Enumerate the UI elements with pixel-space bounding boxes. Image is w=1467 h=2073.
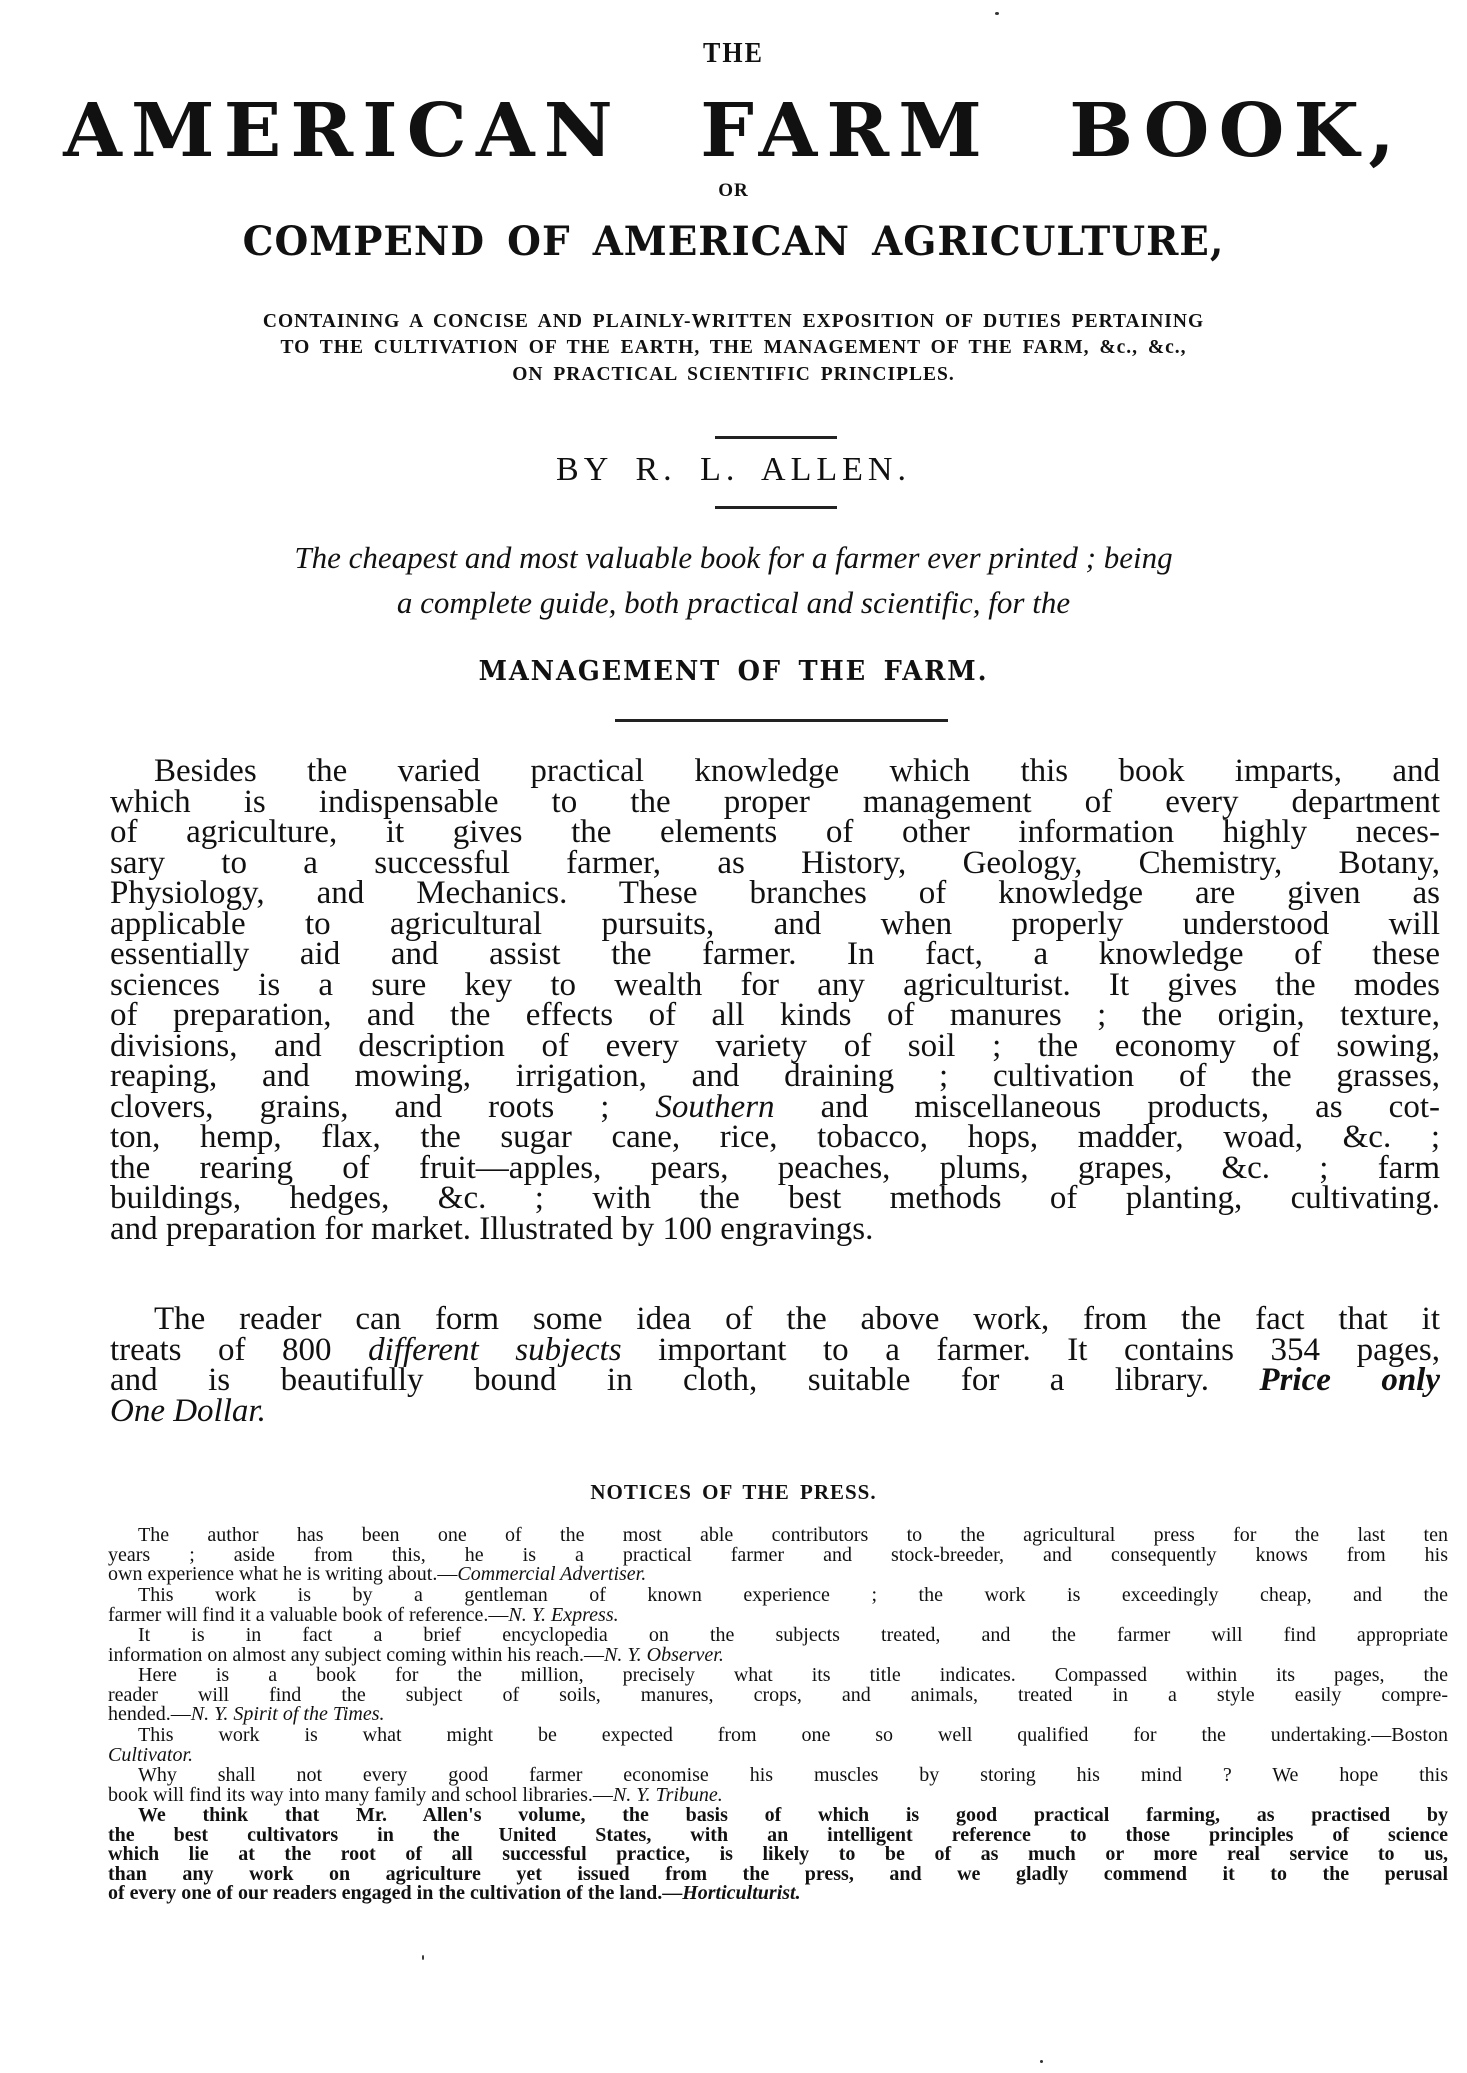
description-paragraph: Besides the varied practical knowledge w… xyxy=(110,756,1440,1244)
notice-source: N. Y. Observer. xyxy=(604,1644,724,1666)
paragraph-line: Besides the varied practical knowledge w… xyxy=(110,756,1440,787)
paragraph-line: The reader can form some idea of the abo… xyxy=(110,1304,1440,1335)
book-title: AMERICAN FARM BOOK, xyxy=(0,88,1467,174)
paragraph-line: treats of 800 different subjects importa… xyxy=(110,1335,1440,1366)
notice-line: hended.—N. Y. Spirit of the Times. xyxy=(108,1705,1448,1725)
divider-rule xyxy=(615,719,948,722)
paragraph-line: Physiology, and Mechanics. These branche… xyxy=(110,878,1440,909)
notice-source: N. Y. Express. xyxy=(508,1604,618,1626)
press-notice: Here is a book for the million, precisel… xyxy=(108,1666,1448,1725)
text-run: hended.— xyxy=(108,1703,191,1725)
scan-speck xyxy=(1040,2060,1043,2063)
book-subtitle: COMPEND OF AMERICAN AGRICULTURE, xyxy=(22,218,1445,265)
paragraph-line: sciences is a sure key to wealth for any… xyxy=(110,970,1440,1001)
author-byline: BY R. L. ALLEN. xyxy=(0,451,1467,489)
notice-source: Cultivator. xyxy=(108,1746,1448,1766)
press-notice: It is in fact a brief encyclopedia on th… xyxy=(108,1626,1448,1665)
text-run: book will find its way into many family … xyxy=(108,1784,613,1806)
text-run: farmer will find it a valuable book of r… xyxy=(108,1604,508,1626)
paragraph-line: of agriculture, it gives the elements of… xyxy=(110,817,1440,848)
notice-line: book will find its way into many family … xyxy=(108,1786,1448,1806)
notice-source: N. Y. Spirit of the Times. xyxy=(191,1703,385,1725)
press-notice: The author has been one of the most able… xyxy=(108,1526,1448,1585)
paragraph-line: and is beautifully bound in cloth, suita… xyxy=(110,1365,1440,1396)
tagline-line: The cheapest and most valuable book for … xyxy=(0,540,1467,576)
price-label: Price only xyxy=(1259,1362,1440,1398)
notice-line: This work is what might be expected from… xyxy=(108,1726,1448,1746)
paragraph-line: divisions, and description of every vari… xyxy=(110,1031,1440,1062)
paragraph-line: ton, hemp, flax, the sugar cane, rice, t… xyxy=(110,1122,1440,1153)
description-line: ON PRACTICAL SCIENTIFIC PRINCIPLES. xyxy=(0,364,1467,386)
scan-speck xyxy=(422,1955,424,1960)
notice-line: which lie at the root of all successful … xyxy=(108,1845,1448,1865)
description-line: CONTAINING A CONCISE AND PLAINLY-WRITTEN… xyxy=(0,311,1467,333)
notice-line: information on almost any subject coming… xyxy=(108,1646,1448,1666)
title-conjunction: OR xyxy=(0,180,1467,202)
paragraph-line: essentially aid and assist the farmer. I… xyxy=(110,939,1440,970)
notice-source: Commercial Advertiser. xyxy=(457,1563,646,1585)
text-run: and is beautifully bound in cloth, suita… xyxy=(110,1362,1259,1398)
press-notice: Why shall not every good farmer economis… xyxy=(108,1766,1448,1805)
notices-heading: NOTICES OF THE PRESS. xyxy=(0,1480,1467,1505)
tagline-line: a complete guide, both practical and sci… xyxy=(0,585,1467,621)
paragraph-line: clovers, grains, and roots ; Southern an… xyxy=(110,1092,1440,1123)
paragraph-line: reaping, and mowing, irrigation, and dra… xyxy=(110,1061,1440,1092)
tagline-emphasis: MANAGEMENT OF THE FARM. xyxy=(37,656,1431,687)
divider-rule xyxy=(715,506,837,509)
text-run: information on almost any subject coming… xyxy=(108,1644,604,1666)
divider-rule xyxy=(715,436,837,439)
notice-source: N. Y. Tribune. xyxy=(613,1784,723,1806)
press-notice: This work is by a gentleman of known exp… xyxy=(108,1586,1448,1625)
paragraph-line: of preparation, and the effects of all k… xyxy=(110,1000,1440,1031)
paragraph-line: applicable to agricultural pursuits, and… xyxy=(110,909,1440,940)
notice-line: The author has been one of the most able… xyxy=(108,1526,1448,1546)
scan-speck xyxy=(995,12,999,15)
press-notice: This work is what might be expected from… xyxy=(108,1726,1448,1765)
paragraph-line: and preparation for market. Illustrated … xyxy=(110,1214,1440,1245)
title-article: THE xyxy=(0,37,1467,70)
notice-line: Here is a book for the million, precisel… xyxy=(108,1666,1448,1686)
notice-source: Horticulturist. xyxy=(682,1882,800,1904)
document-page: THE AMERICAN FARM BOOK, OR COMPEND OF AM… xyxy=(0,0,1467,2073)
description-line: TO THE CULTIVATION OF THE EARTH, THE MAN… xyxy=(0,337,1467,359)
press-notice: We think that Mr. Allen's volume, the ba… xyxy=(108,1806,1448,1904)
notice-line: own experience what he is writing about.… xyxy=(108,1565,1448,1585)
price-value: One Dollar. xyxy=(110,1396,1440,1427)
text-run: own experience what he is writing about.… xyxy=(108,1563,457,1585)
paragraph-line: the rearing of fruit—apples, pears, peac… xyxy=(110,1153,1440,1184)
notice-line: farmer will find it a valuable book of r… xyxy=(108,1606,1448,1626)
paragraph-line: sary to a successful farmer, as History,… xyxy=(110,848,1440,879)
paragraph-line: buildings, hedges, &c. ; with the best m… xyxy=(110,1183,1440,1214)
paragraph-line: which is indispensable to the proper man… xyxy=(110,787,1440,818)
notice-line: of every one of our readers engaged in t… xyxy=(108,1884,1448,1904)
summary-paragraph: The reader can form some idea of the abo… xyxy=(110,1304,1440,1426)
notice-line: We think that Mr. Allen's volume, the ba… xyxy=(108,1806,1448,1826)
text-run: of every one of our readers engaged in t… xyxy=(108,1882,682,1904)
